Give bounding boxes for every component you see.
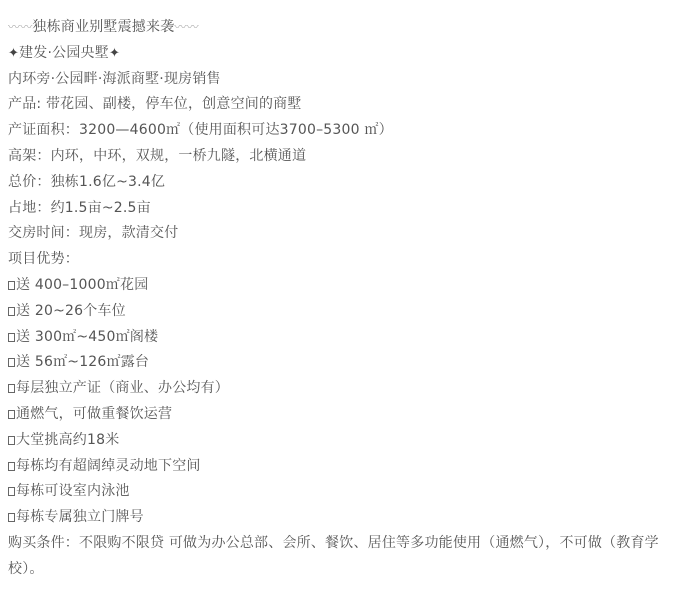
advantage-item: 送 400–1000㎡花园 (8, 273, 670, 299)
sparkle-icon: ✦ (109, 46, 120, 61)
missing-glyph-box-icon (8, 281, 15, 290)
advantage-item: 通燃气，可做重餐饮运营 (8, 402, 670, 428)
purchase-conditions: 购买条件：不限购不限贷 可做为办公总部、会所、餐饮、居住等多功能使用（通燃气），… (8, 531, 670, 583)
ribbon-icon: 〰〰 (8, 20, 32, 34)
missing-glyph-box-icon (8, 384, 15, 393)
ribbon-icon: 〰〰 (174, 20, 198, 34)
advantage-item: 送 20~26个车位 (8, 299, 670, 325)
missing-glyph-box-icon (8, 307, 15, 316)
product-line: 产品: 带花园、副楼，停车位，创意空间的商墅 (8, 92, 670, 118)
subtitle: ✦建发·公园央墅✦ (8, 41, 670, 67)
advantage-item: 每栋均有超阔绰灵动地下空间 (8, 454, 670, 480)
location-line: 内环旁·公园畔·海派商墅·现房销售 (8, 67, 670, 93)
headline: 〰〰独栋商业别墅震撼来袭〰〰 (8, 15, 670, 41)
advantage-item: 送 300㎡~450㎡阁楼 (8, 325, 670, 351)
advantage-item: 送 56㎡~126㎡露台 (8, 350, 670, 376)
missing-glyph-box-icon (8, 333, 15, 342)
missing-glyph-box-icon (8, 436, 15, 445)
land-line: 占地：约1.5亩~2.5亩 (8, 196, 670, 222)
missing-glyph-box-icon (8, 462, 15, 471)
advantages-heading: 项目优势： (8, 247, 670, 273)
advantage-item: 每层独立产证（商业、办公均有） (8, 376, 670, 402)
headline-text: 独栋商业别墅震撼来袭 (32, 19, 174, 35)
advantage-item: 每栋专属独立门牌号 (8, 505, 670, 531)
missing-glyph-box-icon (8, 487, 15, 496)
subtitle-text: 建发·公园央墅 (19, 45, 109, 61)
listing-document: 〰〰独栋商业别墅震撼来袭〰〰 ✦建发·公园央墅✦ 内环旁·公园畔·海派商墅·现房… (8, 15, 670, 583)
advantage-item: 每栋可设室内泳池 (8, 479, 670, 505)
sparkle-icon: ✦ (8, 46, 19, 61)
missing-glyph-box-icon (8, 410, 15, 419)
missing-glyph-box-icon (8, 358, 15, 367)
area-line: 产证面积：3200—4600㎡（使用面积可达3700–5300 ㎡） (8, 118, 670, 144)
roads-line: 高架：内环，中环，双规，一桥九隧，北横通道 (8, 144, 670, 170)
price-line: 总价：独栋1.6亿~3.4亿 (8, 170, 670, 196)
delivery-line: 交房时间：现房，款清交付 (8, 221, 670, 247)
advantage-item: 大堂挑高约18米 (8, 428, 670, 454)
missing-glyph-box-icon (8, 513, 15, 522)
